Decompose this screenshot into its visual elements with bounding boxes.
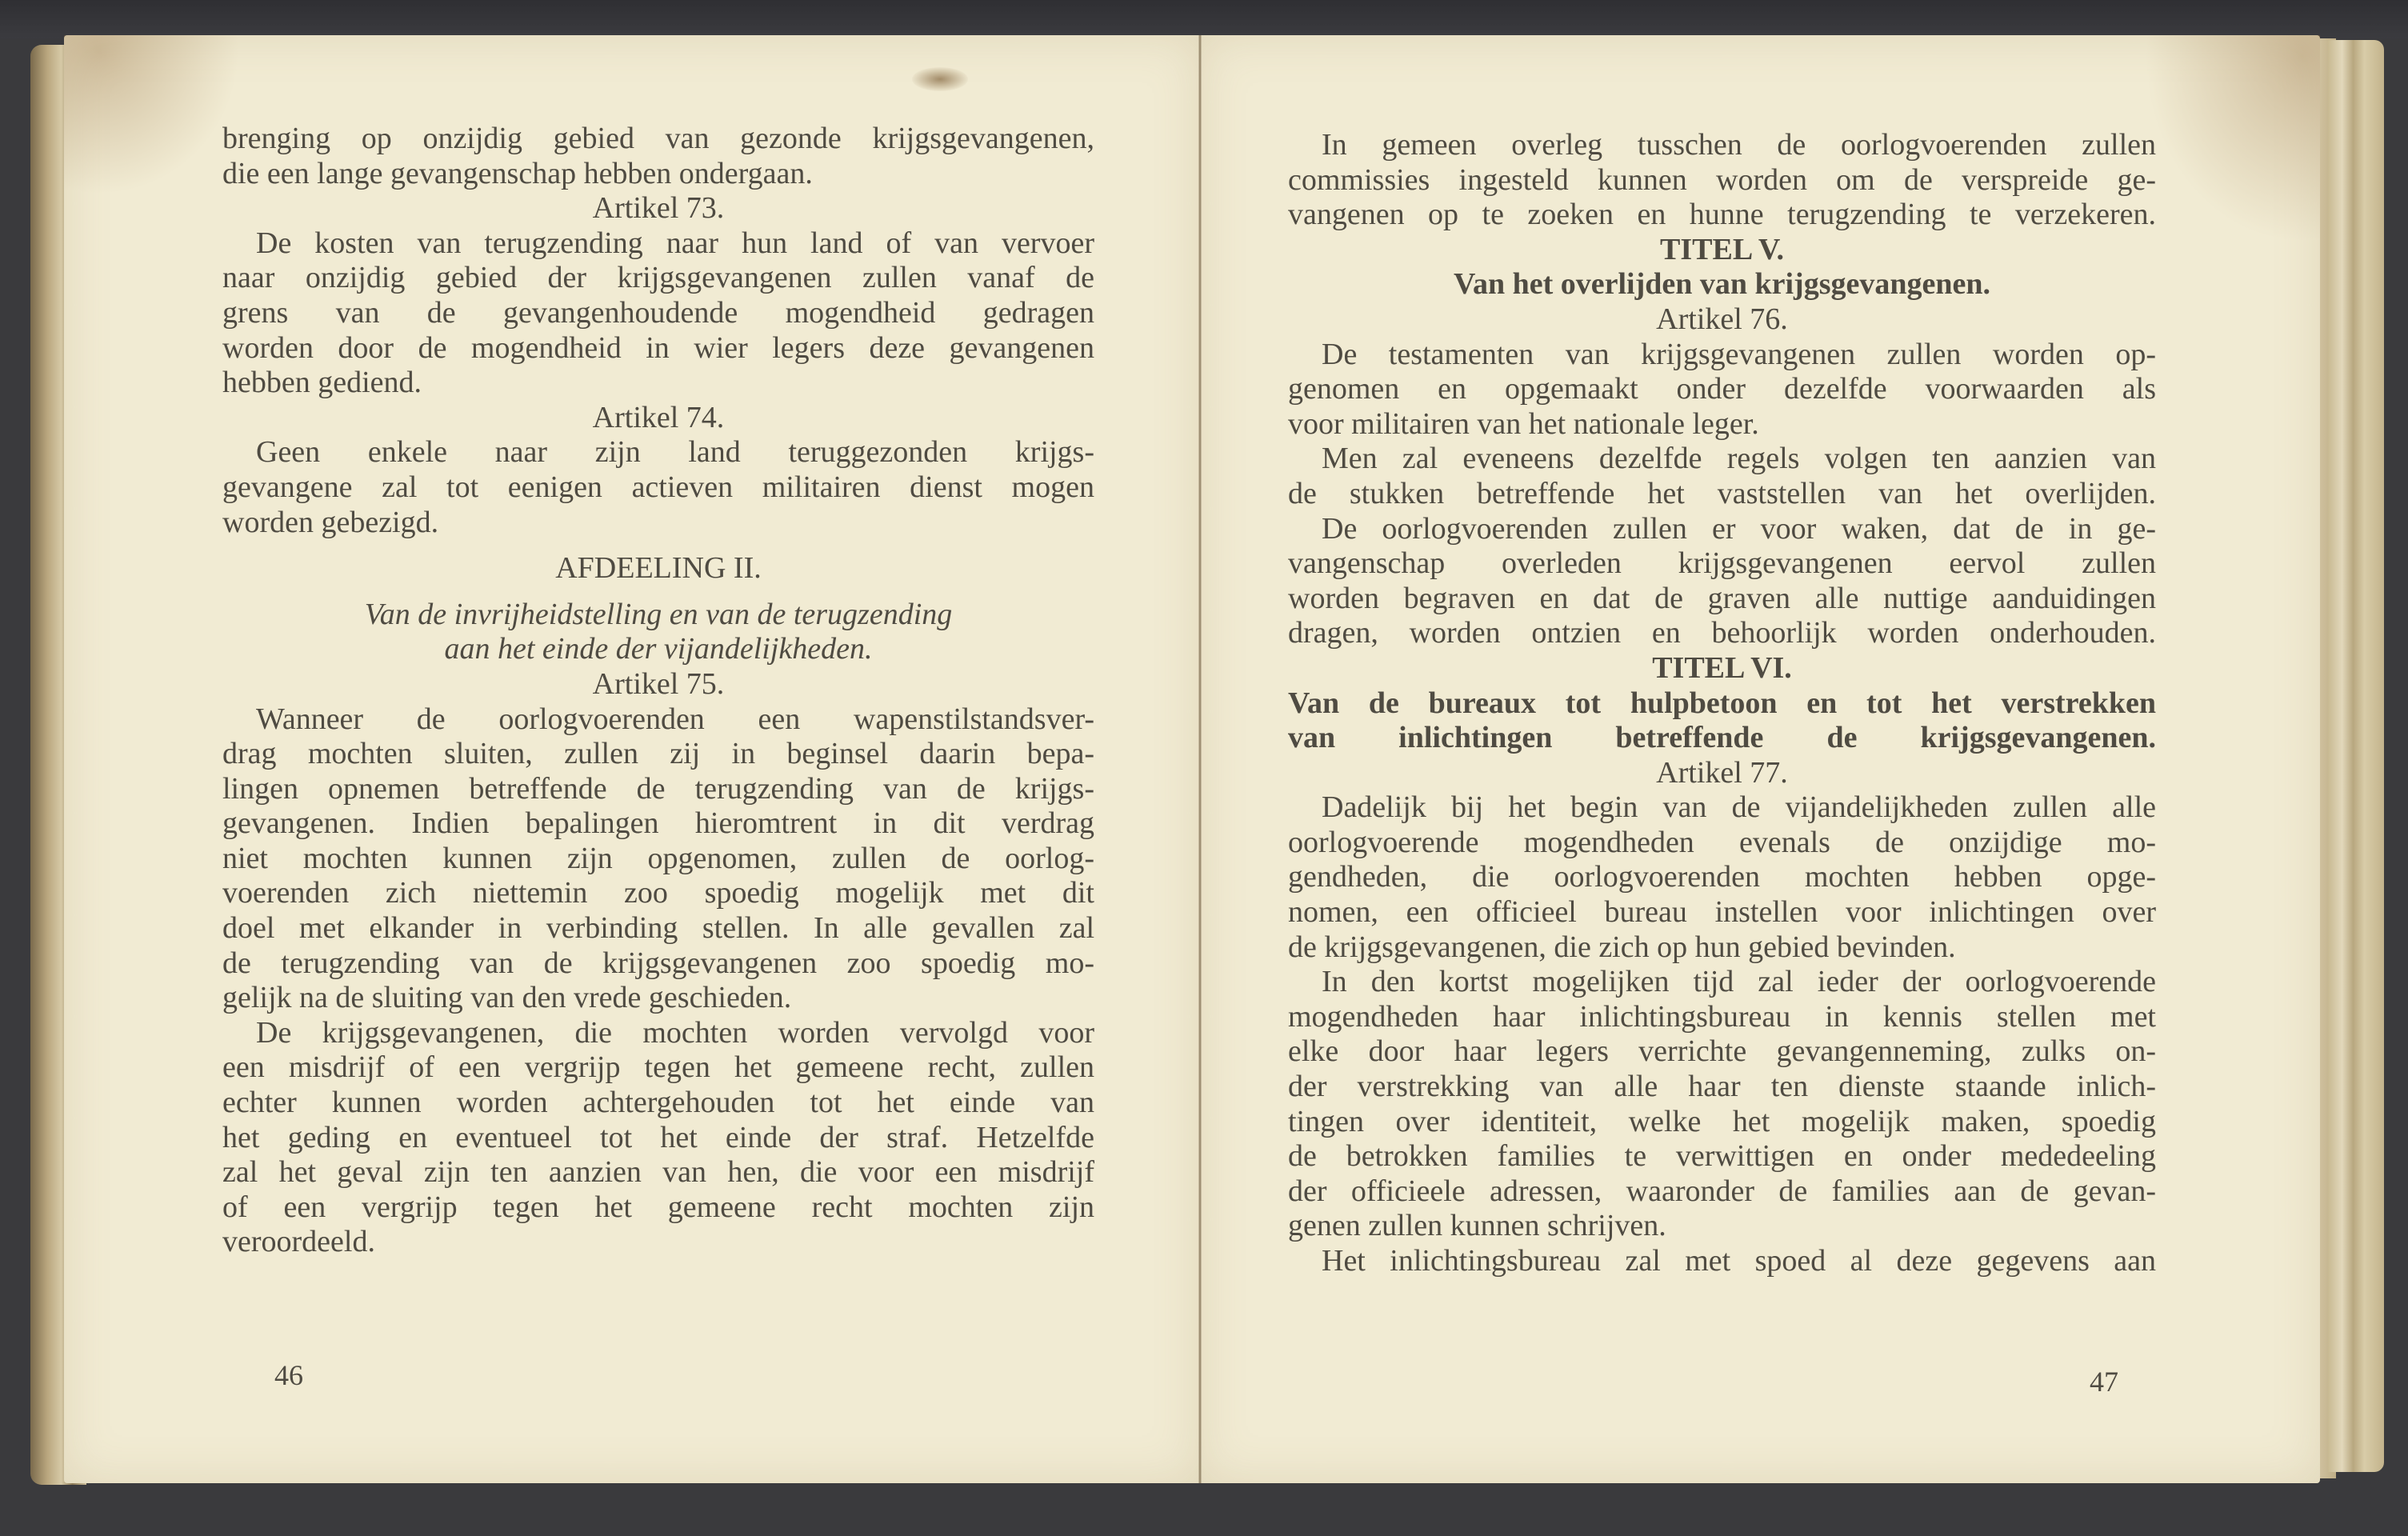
text-line: mogendheden haar inlichtingsbureau in ke… (1288, 1000, 2156, 1035)
text-line: gevangenen. Indien bepalingen hieromtren… (222, 806, 1094, 842)
text-line: vangenen op te zoeken en hunne terugzend… (1288, 198, 2156, 233)
book-gutter (1198, 35, 1202, 1483)
section-subtitle: Van de invrijheidstelling en van de teru… (222, 598, 1094, 633)
text-line: Geen enkele naar zijn land teruggezonden… (222, 435, 1094, 470)
text-line: gelijk na de sluiting van den vrede gesc… (222, 981, 1094, 1016)
text-line: In gemeen overleg tusschen de oorlogvoer… (1288, 128, 2156, 163)
text-line: een misdrijf of een vergrijp tegen het g… (222, 1050, 1094, 1086)
text-line: gevangene zal tot eenigen actieven milit… (222, 470, 1094, 506)
text-line: Het inlichtingsbureau zal met spoed al d… (1288, 1244, 2156, 1279)
text-line: der verstrekking van alle haar ten diens… (1288, 1070, 2156, 1105)
text-line: grens van de gevangenhoudende mogendheid… (222, 296, 1094, 331)
text-line: worden begraven en dat de graven alle nu… (1288, 582, 2156, 617)
title-subtitle: van inlichtingen betreffende de krijgsge… (1288, 721, 2156, 756)
text-line: lingen opnemen betreffende de terugzendi… (222, 772, 1094, 807)
text-line: de stukken betreffende het vaststellen v… (1288, 477, 2156, 512)
text-line: gendheden, die oorlogvoerenden mochten h… (1288, 860, 2156, 895)
text-line: of een vergrijp tegen het gemeene recht … (222, 1190, 1094, 1226)
text-line: drag mochten sluiten, zullen zij in begi… (222, 737, 1094, 772)
text-line: hebben gediend. (222, 366, 1094, 401)
text-line: In den kortst mogelijken tijd zal ieder … (1288, 965, 2156, 1000)
text-line: het geding en eventueel tot het einde de… (222, 1121, 1094, 1156)
paper-stain (912, 67, 968, 91)
text-line: brenging op onzijdig gebied van gezonde … (222, 122, 1094, 157)
text-line: De oorlogvoerenden zullen er voor waken,… (1288, 512, 2156, 547)
title-heading: TITEL VI. (1288, 651, 2156, 686)
text-line: elke door haar legers verrichte gevangen… (1288, 1034, 2156, 1070)
text-line: genen zullen kunnen schrijven. (1288, 1209, 2156, 1244)
title-subtitle: Van de bureaux tot hulpbetoon en tot het… (1288, 686, 2156, 722)
text-line: de betrokken families te verwittigen en … (1288, 1139, 2156, 1174)
text-line: echter kunnen worden achtergehouden tot … (222, 1086, 1094, 1121)
text-line: de krijgsgevangenen, die zich op hun geb… (1288, 930, 2156, 966)
title-heading: TITEL V. (1288, 233, 2156, 268)
section-subtitle: aan het einde der vijandelijkheden. (222, 632, 1094, 667)
text-line: veroordeeld. (222, 1225, 1094, 1260)
text-line: de terugzending van de krijgsgevangenen … (222, 946, 1094, 982)
title-subtitle: Van het overlijden van krijgsgevangenen. (1288, 267, 2156, 302)
text-line: De krijgsgevangenen, die mochten worden … (222, 1016, 1094, 1051)
text-line: Dadelijk bij het begin van de vijandelij… (1288, 790, 2156, 826)
text-line: doel met elkander in verbinding stellen.… (222, 911, 1094, 946)
article-heading: Artikel 76. (1288, 302, 2156, 338)
text-line: Men zal eveneens dezelfde regels volgen … (1288, 442, 2156, 477)
text-line: zal het geval zijn ten aanzien van hen, … (222, 1155, 1094, 1190)
text-line: tingen over identiteit, welke het mogeli… (1288, 1105, 2156, 1140)
text-line: worden gebezigd. (222, 506, 1094, 541)
text-line: nomen, een officieel bureau instellen vo… (1288, 895, 2156, 930)
text-line: genomen en opgemaakt onder dezelfde voor… (1288, 372, 2156, 407)
text-line: De kosten van terugzending naar hun land… (222, 226, 1094, 262)
right-page-text: In gemeen overleg tusschen de oorlogvoer… (1288, 128, 2156, 1279)
text-line: commissies ingesteld kunnen worden om de… (1288, 163, 2156, 198)
text-line: voor militairen van het nationale leger. (1288, 407, 2156, 442)
left-page-text: brenging op onzijdig gebied van gezonde … (222, 122, 1094, 1260)
text-line: naar onzijdig gebied der krijgsgevangene… (222, 261, 1094, 296)
article-heading: Artikel 77. (1288, 756, 2156, 791)
book-edge-right (2328, 40, 2384, 1472)
text-line: voerenden zich niettemin zoo spoedig mog… (222, 876, 1094, 911)
text-line: Wanneer de oorlogvoerenden een wapenstil… (222, 702, 1094, 738)
text-line: oorlogvoerende mogendheden evenals de on… (1288, 826, 2156, 861)
page-number-right: 47 (2090, 1365, 2118, 1398)
article-heading: Artikel 74. (222, 401, 1094, 436)
page-number-left: 46 (274, 1358, 303, 1392)
article-heading: Artikel 73. (222, 191, 1094, 226)
text-line: dragen, worden ontzien en behoorlijk wor… (1288, 616, 2156, 651)
text-line: die een lange gevangenschap hebben onder… (222, 157, 1094, 192)
text-line: der officieele adressen, waaronder de fa… (1288, 1174, 2156, 1210)
background (0, 0, 2408, 38)
article-heading: Artikel 75. (222, 667, 1094, 702)
text-line: vangenschap overleden krijgsgevangenen e… (1288, 546, 2156, 582)
text-line: De testamenten van krijgsgevangenen zull… (1288, 338, 2156, 373)
text-line: niet mochten kunnen zijn opgenomen, zull… (222, 842, 1094, 877)
section-heading: AFDEELING II. (222, 551, 1094, 586)
text-line: worden door de mogendheid in wier legers… (222, 331, 1094, 366)
